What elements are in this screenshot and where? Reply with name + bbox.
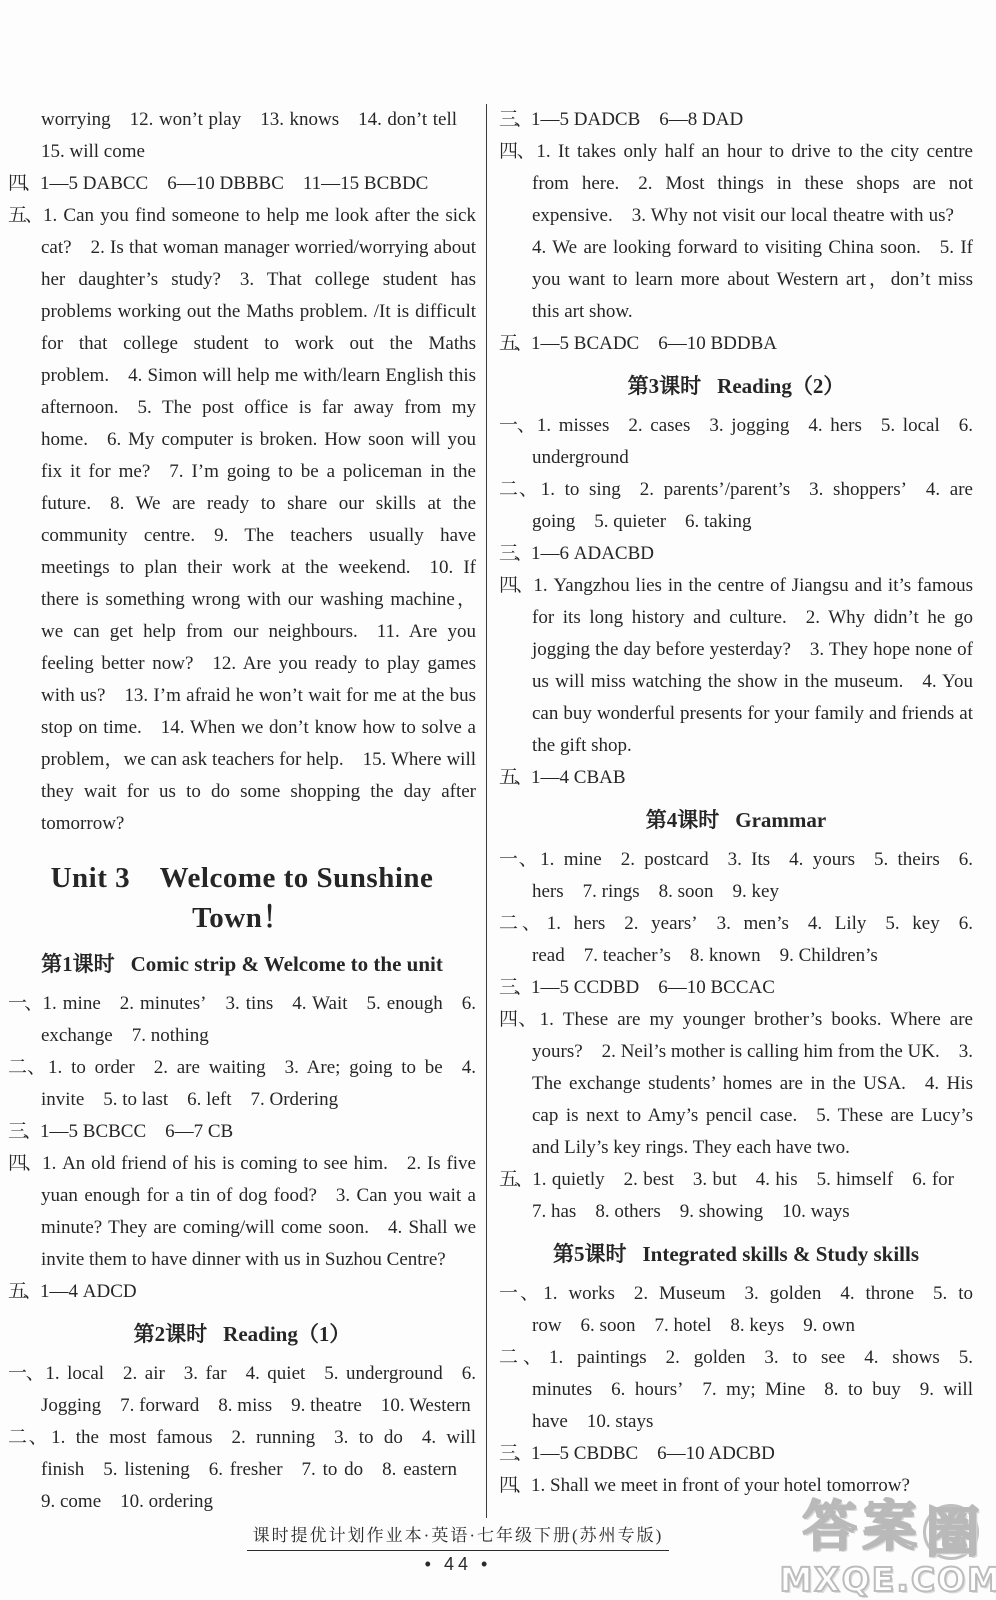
- list-marker: 五、: [8, 1281, 40, 1302]
- answer-block: 一、1. misses 2. cases 3. jogging 4. hers …: [499, 410, 973, 474]
- list-marker: 一、: [499, 849, 540, 870]
- answer-text: 1. Shall we meet in front of your hotel …: [531, 1475, 910, 1496]
- list-marker: 一、: [8, 993, 43, 1014]
- answer-block: 三、1—5 BCBCC 6—7 CB: [8, 1116, 476, 1148]
- list-marker: 一、: [499, 1283, 543, 1304]
- answer-block: 一、1. mine 2. minutes’ 3. tins 4. Wait 5.…: [8, 988, 476, 1052]
- list-marker: 二、: [499, 1347, 549, 1368]
- list-marker: 二、: [8, 1057, 48, 1078]
- list-marker: 三、: [8, 1121, 40, 1142]
- right-column: 三、1—5 DADCB 6—8 DAD 四、1. It takes only h…: [499, 104, 973, 1518]
- answer-text: 1. mine 2. postcard 3. Its 4. yours 5. t…: [532, 849, 973, 902]
- answer-text: 1. These are my younger brother’s books.…: [532, 1009, 973, 1158]
- answer-text: 1—5 BCBCC 6—7 CB: [40, 1121, 233, 1142]
- answer-text: 1. Yangzhou lies in the centre of Jiangs…: [532, 575, 973, 756]
- answer-block: 二、1. hers 2. years’ 3. men’s 4. Lily 5. …: [499, 908, 973, 972]
- lesson-header: 第3课时Reading（2）: [499, 368, 973, 404]
- lesson-number: 第4课时: [646, 808, 720, 832]
- book-title: 课时提优计划作业本·英语·七年级下册(苏州专版): [247, 1523, 670, 1551]
- answer-text: 1. to sing 2. parents’/parent’s 3. shopp…: [532, 479, 973, 532]
- lesson-name: Grammar: [735, 808, 826, 832]
- answer-block: 一、1. works 2. Museum 3. golden 4. throne…: [499, 1278, 973, 1342]
- answer-block: 二、1. to order 2. are waiting 3. Are; goi…: [8, 1052, 476, 1116]
- answer-block-continuation: worrying 12. won’t play 13. knows 14. do…: [8, 104, 476, 168]
- left-column: worrying 12. won’t play 13. knows 14. do…: [8, 104, 476, 1518]
- lesson-name: Comic strip & Welcome to the unit: [131, 952, 443, 976]
- lesson-name: Reading（2）: [717, 374, 844, 398]
- list-marker: 一、: [8, 1363, 45, 1384]
- answer-text: 1. the most famous 2. running 3. to do 4…: [41, 1427, 476, 1512]
- list-marker: 四、: [8, 173, 40, 194]
- list-marker: 四、: [499, 141, 536, 162]
- list-marker: 四、: [8, 1153, 42, 1174]
- watermark-logo-text: 答案圈: [779, 1498, 996, 1560]
- list-marker: 三、: [499, 977, 531, 998]
- list-marker: 四、: [499, 1475, 531, 1496]
- answer-block: 五、1—4 ADCD: [8, 1276, 476, 1308]
- answer-block: 五、1—4 CBAB: [499, 762, 973, 794]
- answer-text: 1—6 ADACBD: [531, 543, 654, 564]
- answer-block: 二、1. paintings 2. golden 3. to see 4. sh…: [499, 1342, 973, 1438]
- answer-block: 四、1. Yangzhou lies in the centre of Jian…: [499, 570, 973, 762]
- page-columns: worrying 12. won’t play 13. knows 14. do…: [0, 0, 996, 1518]
- answer-text: 1—5 CBDBC 6—10 ADCBD: [531, 1443, 775, 1464]
- answer-block: 四、1. An old friend of his is coming to s…: [8, 1148, 476, 1276]
- answer-block: 四、1—5 DABCC 6—10 DBBBC 11—15 BCBDC: [8, 168, 476, 200]
- page-number: • 44 •: [425, 1554, 492, 1574]
- list-marker: 四、: [499, 575, 533, 596]
- lesson-number: 第2课时: [134, 1322, 208, 1346]
- list-marker: 四、: [499, 1009, 540, 1030]
- list-marker: 二、: [499, 479, 541, 500]
- answer-text: 1—5 BCADC 6—10 BDDBA: [531, 333, 777, 354]
- answer-block: 一、1. local 2. air 3. far 4. quiet 5. und…: [8, 1358, 476, 1422]
- answer-text: 1. mine 2. minutes’ 3. tins 4. Wait 5. e…: [41, 993, 476, 1046]
- answer-text: 1. paintings 2. golden 3. to see 4. show…: [532, 1347, 973, 1432]
- column-divider-rule: [486, 104, 487, 1518]
- answer-block: 三、1—5 CBDBC 6—10 ADCBD: [499, 1438, 973, 1470]
- answer-block: 三、1—5 CCDBD 6—10 BCCAC: [499, 972, 973, 1004]
- answer-text: 1. to order 2. are waiting 3. Are; going…: [41, 1057, 476, 1110]
- answer-text: 1. hers 2. years’ 3. men’s 4. Lily 5. ke…: [532, 913, 973, 966]
- watermark-circle-char: 圈: [923, 1504, 979, 1560]
- answer-text: 1. Can you find someone to help me look …: [41, 205, 476, 834]
- answer-text: 1. works 2. Museum 3. golden 4. throne 5…: [532, 1283, 973, 1336]
- watermark-site-text: MXQE.COM: [779, 1560, 996, 1600]
- answer-text: 1. misses 2. cases 3. jogging 4. hers 5.…: [532, 415, 973, 468]
- lesson-name: Integrated skills & Study skills: [642, 1242, 919, 1266]
- answer-block: 三、1—6 ADACBD: [499, 538, 973, 570]
- list-marker: 三、: [499, 543, 531, 564]
- lesson-header: 第5课时Integrated skills & Study skills: [499, 1236, 973, 1272]
- answer-book-page: worrying 12. won’t play 13. knows 14. do…: [0, 0, 996, 1600]
- watermark-cn-part: 答案: [803, 1495, 923, 1558]
- answer-text: 1. An old friend of his is coming to see…: [41, 1153, 476, 1270]
- answer-block: 二、1. to sing 2. parents’/parent’s 3. sho…: [499, 474, 973, 538]
- list-marker: 三、: [499, 109, 531, 130]
- lesson-number: 第3课时: [628, 374, 702, 398]
- answer-block: 四、1. These are my younger brother’s book…: [499, 1004, 973, 1164]
- answer-text: 1—4 CBAB: [531, 767, 626, 788]
- lesson-header: 第4课时Grammar: [499, 802, 973, 838]
- answer-text: 1—5 DABCC 6—10 DBBBC 11—15 BCBDC: [40, 173, 428, 194]
- list-marker: 五、: [499, 333, 531, 354]
- list-marker: 五、: [499, 767, 531, 788]
- answer-block: 一、1. mine 2. postcard 3. Its 4. yours 5.…: [499, 844, 973, 908]
- answer-text: 1. It takes only half an hour to drive t…: [532, 141, 973, 322]
- lesson-header: 第2课时Reading（1）: [8, 1316, 476, 1352]
- lesson-header: 第1课时Comic strip & Welcome to the unit: [8, 946, 476, 982]
- answer-block: 五、1. Can you find someone to help me loo…: [8, 200, 476, 840]
- answer-text: 1—5 CCDBD 6—10 BCCAC: [531, 977, 775, 998]
- answer-block: 二、1. the most famous 2. running 3. to do…: [8, 1422, 476, 1518]
- answer-text: 1—5 DADCB 6—8 DAD: [531, 109, 743, 130]
- lesson-number: 第5课时: [553, 1242, 627, 1266]
- answer-block: 三、1—5 DADCB 6—8 DAD: [499, 104, 973, 136]
- list-marker: 五、: [8, 205, 43, 226]
- list-marker: 二、: [8, 1427, 51, 1448]
- list-marker: 一、: [499, 415, 537, 436]
- list-marker: 三、: [499, 1443, 531, 1464]
- answer-block: 五、1. quietly 2. best 3. but 4. his 5. hi…: [499, 1164, 973, 1228]
- answer-block: 四、1. It takes only half an hour to drive…: [499, 136, 973, 328]
- lesson-name: Reading（1）: [223, 1322, 350, 1346]
- list-marker: 五、: [499, 1169, 532, 1190]
- lesson-number: 第1课时: [41, 952, 115, 976]
- answer-text: 1—4 ADCD: [40, 1281, 137, 1302]
- answer-block: 五、1—5 BCADC 6—10 BDDBA: [499, 328, 973, 360]
- unit-title: Unit 3 Welcome to Sunshine Town！: [8, 858, 476, 938]
- answer-text: 1. quietly 2. best 3. but 4. his 5. hims…: [532, 1169, 973, 1222]
- list-marker: 二、: [499, 913, 547, 934]
- watermark: 答案圈 MXQE.COM: [779, 1498, 996, 1600]
- answer-text: 1. local 2. air 3. far 4. quiet 5. under…: [41, 1363, 476, 1416]
